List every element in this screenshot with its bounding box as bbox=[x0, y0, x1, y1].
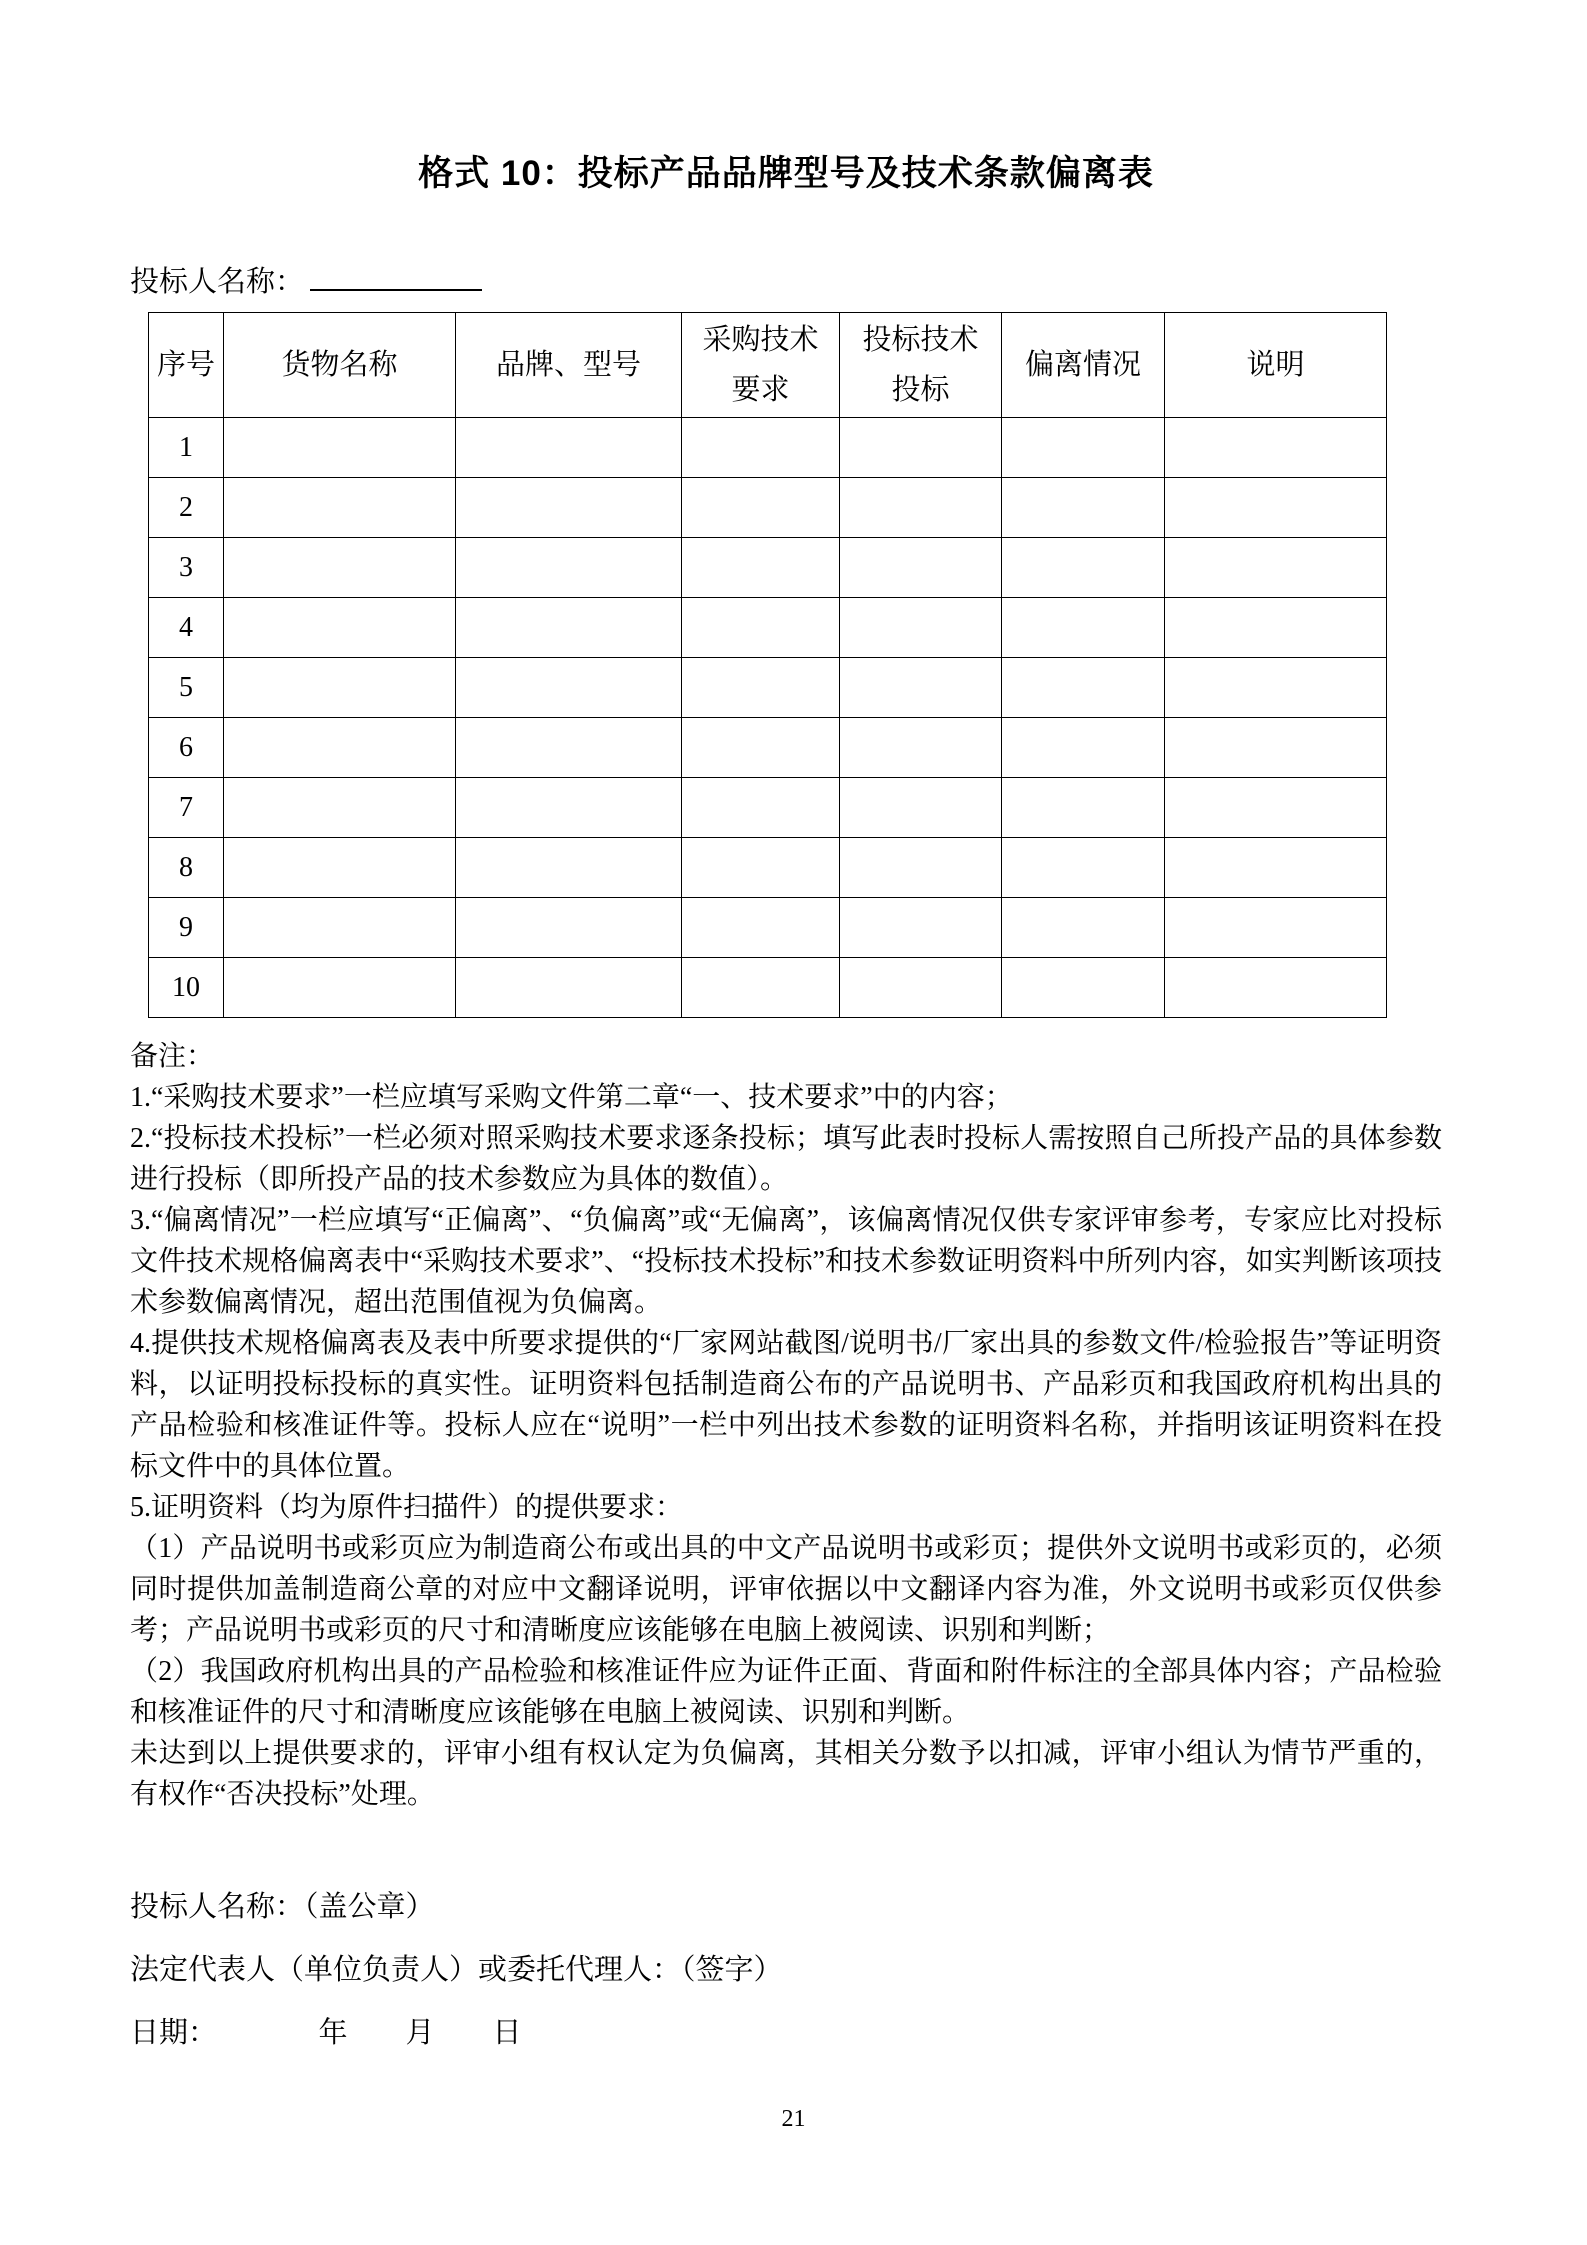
table-row: 9 bbox=[149, 898, 1387, 958]
footer-representative: 法定代表人（单位负责人）或委托代理人：（签字） bbox=[130, 1952, 1442, 1988]
row-number-cell: 2 bbox=[149, 478, 224, 538]
empty-form-cell bbox=[682, 478, 840, 538]
empty-form-cell bbox=[456, 538, 682, 598]
column-header: 偏离情况 bbox=[1002, 313, 1165, 418]
empty-form-cell bbox=[224, 838, 456, 898]
empty-form-cell bbox=[840, 718, 1002, 778]
empty-form-cell bbox=[682, 418, 840, 478]
table-row: 5 bbox=[149, 658, 1387, 718]
bidder-name-blank bbox=[310, 288, 482, 291]
empty-form-cell bbox=[456, 598, 682, 658]
note-item: 5.证明资料（均为原件扫描件）的提供要求： bbox=[130, 1487, 1442, 1528]
empty-form-cell bbox=[840, 898, 1002, 958]
empty-form-cell bbox=[224, 418, 456, 478]
empty-form-cell bbox=[1165, 958, 1387, 1018]
empty-form-cell bbox=[840, 478, 1002, 538]
empty-form-cell bbox=[1165, 718, 1387, 778]
empty-form-cell bbox=[456, 658, 682, 718]
column-header: 投标技术 投标 bbox=[840, 313, 1002, 418]
empty-form-cell bbox=[1002, 658, 1165, 718]
deviation-table: 序号货物名称品牌、型号采购技术 要求投标技术 投标偏离情况说明 12345678… bbox=[148, 312, 1387, 1018]
column-header: 说明 bbox=[1165, 313, 1387, 418]
empty-form-cell bbox=[682, 898, 840, 958]
notes-label: 备注： bbox=[130, 1036, 1442, 1077]
bidder-name-label: 投标人名称： bbox=[130, 266, 304, 298]
empty-form-cell bbox=[840, 778, 1002, 838]
empty-form-cell bbox=[456, 778, 682, 838]
empty-form-cell bbox=[682, 598, 840, 658]
column-header: 品牌、型号 bbox=[456, 313, 682, 418]
row-number-cell: 7 bbox=[149, 778, 224, 838]
empty-form-cell bbox=[456, 838, 682, 898]
empty-form-cell bbox=[224, 478, 456, 538]
bidder-name-line: 投标人名称： bbox=[130, 264, 1442, 300]
empty-form-cell bbox=[1002, 778, 1165, 838]
table-row: 2 bbox=[149, 478, 1387, 538]
row-number-cell: 6 bbox=[149, 718, 224, 778]
empty-form-cell bbox=[224, 598, 456, 658]
empty-form-cell bbox=[1002, 598, 1165, 658]
empty-form-cell bbox=[682, 658, 840, 718]
row-number-cell: 9 bbox=[149, 898, 224, 958]
table-row: 7 bbox=[149, 778, 1387, 838]
document-page: 格式 10：投标产品品牌型号及技术条款偏离表 投标人名称： 序号货物名称品牌、型… bbox=[0, 0, 1587, 2245]
row-number-cell: 4 bbox=[149, 598, 224, 658]
empty-form-cell bbox=[840, 658, 1002, 718]
empty-form-cell bbox=[456, 898, 682, 958]
notes-section: 备注： 1.“采购技术要求”一栏应填写采购文件第二章“一、技术要求”中的内容；2… bbox=[130, 1036, 1442, 1815]
empty-form-cell bbox=[224, 718, 456, 778]
empty-form-cell bbox=[456, 418, 682, 478]
empty-form-cell bbox=[1002, 838, 1165, 898]
page-title: 格式 10：投标产品品牌型号及技术条款偏离表 bbox=[130, 0, 1442, 198]
footer-date: 日期： 年 月 日 bbox=[130, 2015, 1442, 2051]
empty-form-cell bbox=[1165, 598, 1387, 658]
empty-form-cell bbox=[1165, 838, 1387, 898]
notes-list: 1.“采购技术要求”一栏应填写采购文件第二章“一、技术要求”中的内容；2.“投标… bbox=[130, 1077, 1442, 1815]
empty-form-cell bbox=[224, 778, 456, 838]
empty-form-cell bbox=[1002, 538, 1165, 598]
note-item: 3.“偏离情况”一栏应填写“正偏离”、“负偏离”或“无偏离”，该偏离情况仅供专家… bbox=[130, 1200, 1442, 1323]
table-row: 10 bbox=[149, 958, 1387, 1018]
empty-form-cell bbox=[456, 478, 682, 538]
table-row: 1 bbox=[149, 418, 1387, 478]
empty-form-cell bbox=[224, 538, 456, 598]
empty-form-cell bbox=[1002, 478, 1165, 538]
empty-form-cell bbox=[840, 538, 1002, 598]
column-header: 采购技术 要求 bbox=[682, 313, 840, 418]
note-item: （1）产品说明书或彩页应为制造商公布或出具的中文产品说明书或彩页；提供外文说明书… bbox=[130, 1528, 1442, 1651]
empty-form-cell bbox=[682, 958, 840, 1018]
empty-form-cell bbox=[224, 898, 456, 958]
note-item: 1.“采购技术要求”一栏应填写采购文件第二章“一、技术要求”中的内容； bbox=[130, 1077, 1442, 1118]
empty-form-cell bbox=[682, 718, 840, 778]
empty-form-cell bbox=[1002, 418, 1165, 478]
note-item: 2.“投标技术投标”一栏必须对照采购技术要求逐条投标；填写此表时投标人需按照自己… bbox=[130, 1118, 1442, 1200]
row-number-cell: 1 bbox=[149, 418, 224, 478]
page-number: 21 bbox=[0, 2106, 1587, 2133]
empty-form-cell bbox=[1002, 958, 1165, 1018]
footer-bidder-name: 投标人名称：（盖公章） bbox=[130, 1889, 1442, 1925]
table-row: 3 bbox=[149, 538, 1387, 598]
empty-form-cell bbox=[840, 418, 1002, 478]
empty-form-cell bbox=[1165, 778, 1387, 838]
table-row: 8 bbox=[149, 838, 1387, 898]
note-item: （2）我国政府机构出具的产品检验和核准证件应为证件正面、背面和附件标注的全部具体… bbox=[130, 1651, 1442, 1733]
empty-form-cell bbox=[456, 718, 682, 778]
empty-form-cell bbox=[840, 598, 1002, 658]
row-number-cell: 5 bbox=[149, 658, 224, 718]
empty-form-cell bbox=[1165, 478, 1387, 538]
empty-form-cell bbox=[1165, 898, 1387, 958]
row-number-cell: 8 bbox=[149, 838, 224, 898]
empty-form-cell bbox=[1165, 418, 1387, 478]
table-row: 4 bbox=[149, 598, 1387, 658]
empty-form-cell bbox=[456, 958, 682, 1018]
empty-form-cell bbox=[1002, 718, 1165, 778]
note-item: 4.提供技术规格偏离表及表中所要求提供的“厂家网站截图/说明书/厂家出具的参数文… bbox=[130, 1323, 1442, 1487]
row-number-cell: 3 bbox=[149, 538, 224, 598]
empty-form-cell bbox=[840, 958, 1002, 1018]
row-number-cell: 10 bbox=[149, 958, 224, 1018]
empty-form-cell bbox=[1165, 658, 1387, 718]
table-header-row: 序号货物名称品牌、型号采购技术 要求投标技术 投标偏离情况说明 bbox=[149, 313, 1387, 418]
signature-block: 投标人名称：（盖公章） 法定代表人（单位负责人）或委托代理人：（签字） 日期： … bbox=[130, 1889, 1442, 2051]
column-header: 序号 bbox=[149, 313, 224, 418]
table-row: 6 bbox=[149, 718, 1387, 778]
empty-form-cell bbox=[682, 538, 840, 598]
empty-form-cell bbox=[840, 838, 1002, 898]
column-header: 货物名称 bbox=[224, 313, 456, 418]
empty-form-cell bbox=[682, 838, 840, 898]
empty-form-cell bbox=[224, 958, 456, 1018]
note-item: 未达到以上提供要求的，评审小组有权认定为负偏离，其相关分数予以扣减，评审小组认为… bbox=[130, 1733, 1442, 1815]
empty-form-cell bbox=[682, 778, 840, 838]
empty-form-cell bbox=[224, 658, 456, 718]
empty-form-cell bbox=[1002, 898, 1165, 958]
empty-form-cell bbox=[1165, 538, 1387, 598]
